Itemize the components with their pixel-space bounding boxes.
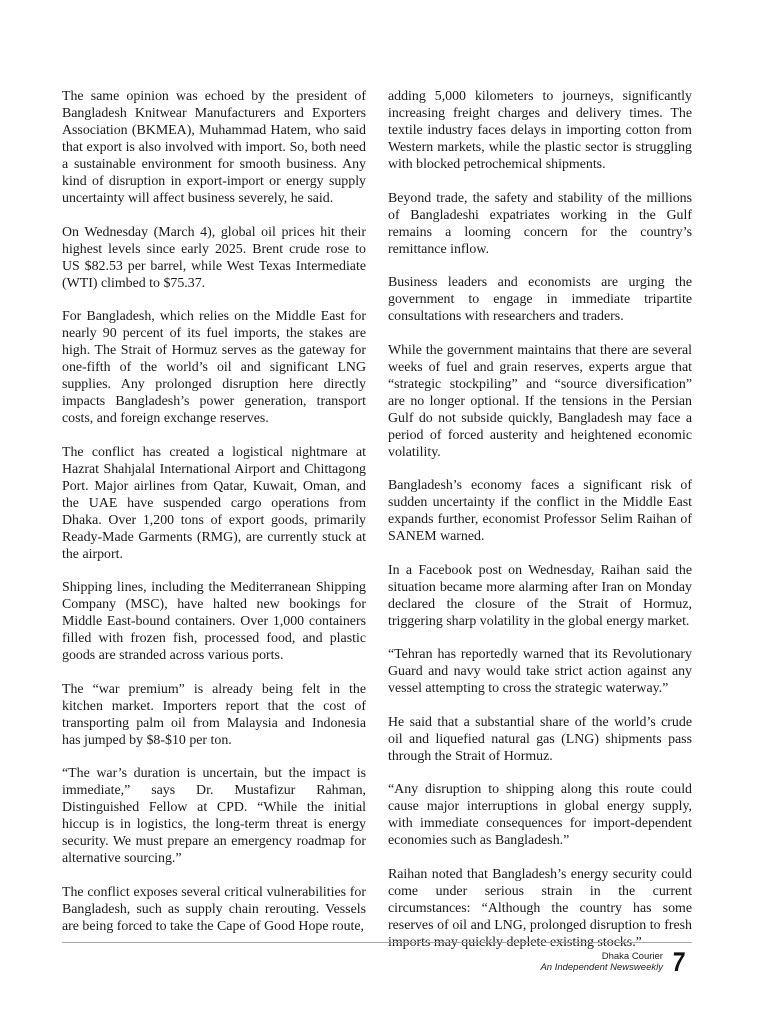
- paragraph: “Tehran has reportedly warned that its R…: [388, 646, 692, 697]
- paragraph: Beyond trade, the safety and stability o…: [388, 190, 692, 258]
- paragraph: The “war premium” is already being felt …: [62, 681, 366, 749]
- paragraph: While the government maintains that ther…: [388, 342, 692, 461]
- paragraph: The same opinion was echoed by the presi…: [62, 88, 366, 207]
- paragraph: adding 5,000 kilometers to journeys, sig…: [388, 88, 692, 173]
- footer-masthead: Dhaka Courier An Independent Newsweekly: [540, 951, 663, 973]
- paragraph: Shipping lines, including the Mediterran…: [62, 579, 366, 664]
- footer-divider: [62, 942, 692, 943]
- paragraph: Raihan noted that Bangladesh’s energy se…: [388, 866, 692, 951]
- page-number: 7: [671, 950, 686, 974]
- page-footer: Dhaka Courier An Independent Newsweekly …: [540, 950, 686, 974]
- left-column: The same opinion was echoed by the presi…: [62, 88, 366, 967]
- paragraph: For Bangladesh, which relies on the Midd…: [62, 308, 366, 427]
- paragraph: In a Facebook post on Wednesday, Raihan …: [388, 562, 692, 630]
- paragraph: Business leaders and economists are urgi…: [388, 274, 692, 325]
- paragraph: The conflict has created a logistical ni…: [62, 444, 366, 563]
- article-body: The same opinion was echoed by the presi…: [62, 88, 692, 967]
- paragraph: “The war’s duration is uncertain, but th…: [62, 765, 366, 867]
- publication-name: Dhaka Courier: [540, 951, 663, 962]
- paragraph: On Wednesday (March 4), global oil price…: [62, 224, 366, 292]
- paragraph: Bangladesh’s economy faces a significant…: [388, 477, 692, 545]
- publication-tagline: An Independent Newsweekly: [540, 962, 663, 973]
- paragraph: The conflict exposes several critical vu…: [62, 884, 366, 935]
- paragraph: “Any disruption to shipping along this r…: [388, 781, 692, 849]
- paragraph: He said that a substantial share of the …: [388, 714, 692, 765]
- right-column: adding 5,000 kilometers to journeys, sig…: [388, 88, 692, 967]
